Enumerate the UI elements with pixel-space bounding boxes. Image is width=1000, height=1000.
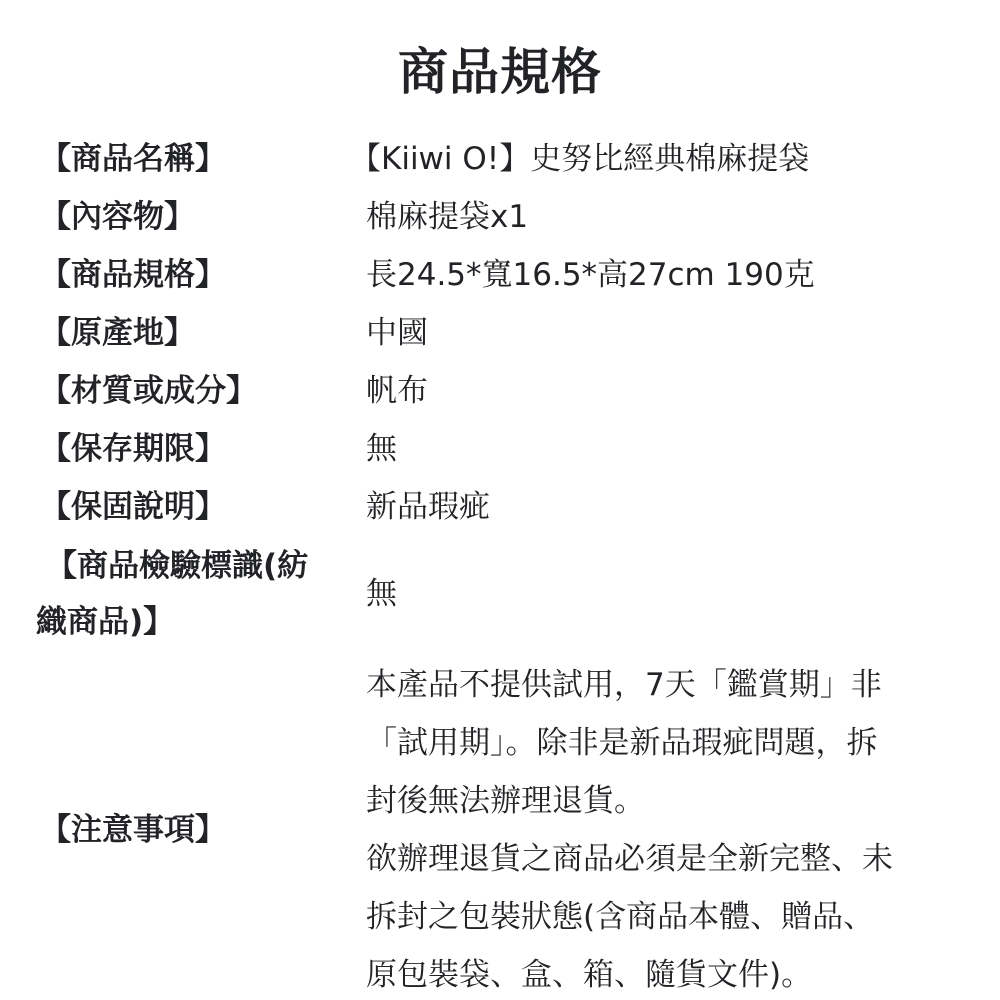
notes-line: 欲辦理退貨之商品必須是全新完整、未 [366, 830, 986, 888]
notes-line: 封後無法辦理退貨。 [366, 772, 986, 830]
spec-label: 【保固說明】 [0, 478, 320, 536]
spec-label: 【商品名稱】 [0, 130, 320, 188]
spec-table: 【商品名稱】 【Kiiwi O!】史努比經典棉麻提袋 【內容物】 棉麻提袋x1 … [0, 130, 1000, 1000]
spec-label: 【商品規格】 [0, 246, 320, 304]
spec-row-notes: 【注意事項】 本產品不提供試用，7天「鑑賞期」非 「試用期」。除非是新品瑕疵問題… [0, 656, 1000, 1000]
spec-value: 無 [320, 565, 1000, 623]
spec-label: 【商品檢驗標識(紡 織商品)】 [0, 538, 320, 650]
notes-text: 本產品不提供試用，7天「鑑賞期」非 「試用期」。除非是新品瑕疵問題，拆 封後無法… [320, 656, 986, 1000]
notes-line: 「試用期」。除非是新品瑕疵問題，拆 [366, 714, 986, 772]
spec-value: 中國 [320, 304, 1000, 362]
notes-line: 本產品不提供試用，7天「鑑賞期」非 [366, 656, 986, 714]
spec-label: 【內容物】 [0, 188, 320, 246]
spec-row-shelf-life: 【保存期限】 無 [0, 420, 1000, 478]
spec-label-line2: 織商品)】 [36, 594, 320, 650]
spec-label: 【原產地】 [0, 304, 320, 362]
spec-row-material: 【材質或成分】 帆布 [0, 362, 1000, 420]
notes-label: 【注意事項】 [0, 801, 320, 859]
spec-label: 【保存期限】 [0, 420, 320, 478]
notes-line: 原包裝袋、盒、箱、隨貨文件)。 [366, 946, 986, 1000]
page-title: 商品規格 [0, 36, 1000, 108]
spec-row-warranty: 【保固說明】 新品瑕疵 [0, 478, 1000, 536]
notes-line: 拆封之包裝狀態(含商品本體、贈品、 [366, 888, 986, 946]
spec-row-product-name: 【商品名稱】 【Kiiwi O!】史努比經典棉麻提袋 [0, 130, 1000, 188]
spec-value: 帆布 [320, 362, 1000, 420]
spec-value: 【Kiiwi O!】史努比經典棉麻提袋 [320, 130, 1000, 188]
spec-value: 棉麻提袋x1 [320, 188, 1000, 246]
spec-value: 無 [320, 420, 1000, 478]
spec-value: 長24.5*寬16.5*高27cm 190克 [320, 246, 1000, 304]
spec-row-inspection-mark: 【商品檢驗標識(紡 織商品)】 無 [0, 536, 1000, 652]
spec-row-contents: 【內容物】 棉麻提袋x1 [0, 188, 1000, 246]
spec-label: 【材質或成分】 [0, 362, 320, 420]
spec-row-origin: 【原產地】 中國 [0, 304, 1000, 362]
spec-row-dimensions: 【商品規格】 長24.5*寬16.5*高27cm 190克 [0, 246, 1000, 304]
spec-value: 新品瑕疵 [320, 478, 1000, 536]
spec-label-line1: 【商品檢驗標識(紡 [38, 538, 320, 594]
